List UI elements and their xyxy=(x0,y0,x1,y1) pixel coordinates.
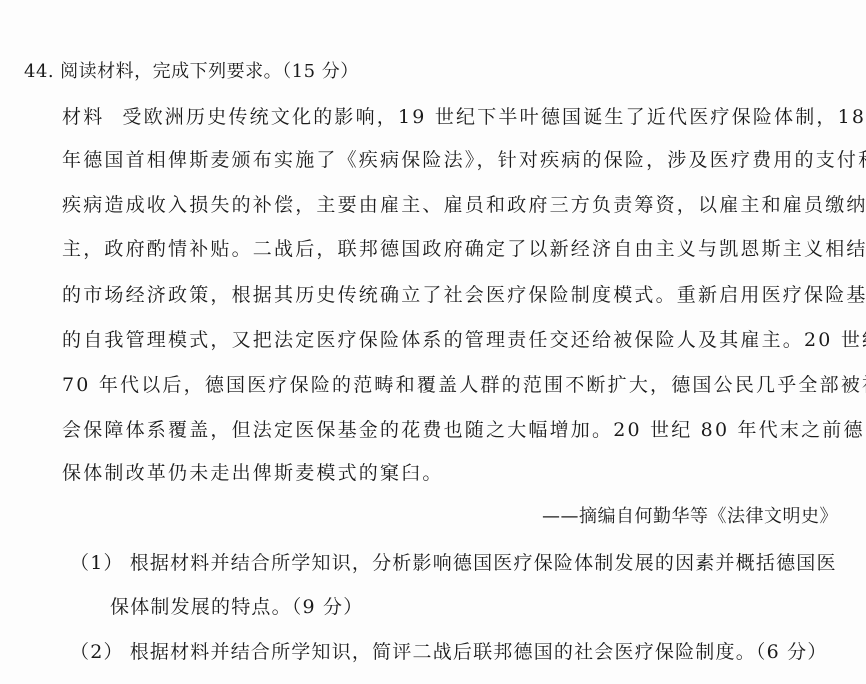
material-line: 疾病造成收入损失的补偿，主要由雇主、雇员和政府三方负责筹资，以雇主和雇员缴纳为 xyxy=(62,193,842,217)
material-line: 材料受欧洲历史传统文化的影响，19 世纪下半叶德国诞生了近代医疗保险体制，188… xyxy=(62,105,842,129)
source-attribution: ——摘编自何勤华等《法律文明史》 xyxy=(542,505,838,529)
material-label: 材料 xyxy=(62,106,104,128)
sub-question-2: （2）根据材料并结合所学知识，简评二战后联邦德国的社会医疗保险制度。（6 分） xyxy=(70,640,828,664)
exam-page: 44.阅读材料，完成下列要求。（15 分） 材料受欧洲历史传统文化的影响，19 … xyxy=(0,0,866,684)
sub-question-label: （1） xyxy=(70,552,124,574)
material-text: 受欧洲历史传统文化的影响，19 世纪下半叶德国诞生了近代医疗保险体制，1883 xyxy=(122,106,866,128)
material-line: 主，政府酌情补贴。二战后，联邦德国政府确定了以新经济自由主义与凯恩斯主义相结合 xyxy=(62,237,842,261)
sub-question-text: 根据材料并结合所学知识，简评二战后联邦德国的社会医疗保险制度。（6 分） xyxy=(130,641,828,663)
material-line: 的自我管理模式，又把法定医疗保险体系的管理责任交还给被保险人及其雇主。20 世纪 xyxy=(62,328,842,352)
material-line: 保体制改革仍未走出俾斯麦模式的窠臼。 xyxy=(62,461,842,485)
material-line: 会保障体系覆盖，但法定医保基金的花费也随之大幅增加。20 世纪 80 年代末之前… xyxy=(62,418,842,442)
sub-question-1: （1）根据材料并结合所学知识，分析影响德国医疗保险体制发展的因素并概括德国医 xyxy=(70,551,837,575)
material-line: 的市场经济政策，根据其历史传统确立了社会医疗保险制度模式。重新启用医疗保险基金 xyxy=(62,283,842,307)
sub-question-text: 根据材料并结合所学知识，分析影响德国医疗保险体制发展的因素并概括德国医 xyxy=(130,552,837,574)
question-prompt: 阅读材料，完成下列要求。（15 分） xyxy=(60,61,359,82)
material-line: 年德国首相俾斯麦颁布实施了《疾病保险法》，针对疾病的保险，涉及医疗费用的支付和 xyxy=(62,148,842,172)
sub-question-1-continued: 保体制发展的特点。（9 分） xyxy=(110,595,363,619)
sub-question-label: （2） xyxy=(70,641,124,663)
material-line: 70 年代以后，德国医疗保险的范畴和覆盖人群的范围不断扩大，德国公民几乎全部被社 xyxy=(62,373,842,397)
question-number: 44. xyxy=(24,61,54,82)
question-header: 44.阅读材料，完成下列要求。（15 分） xyxy=(24,60,359,84)
